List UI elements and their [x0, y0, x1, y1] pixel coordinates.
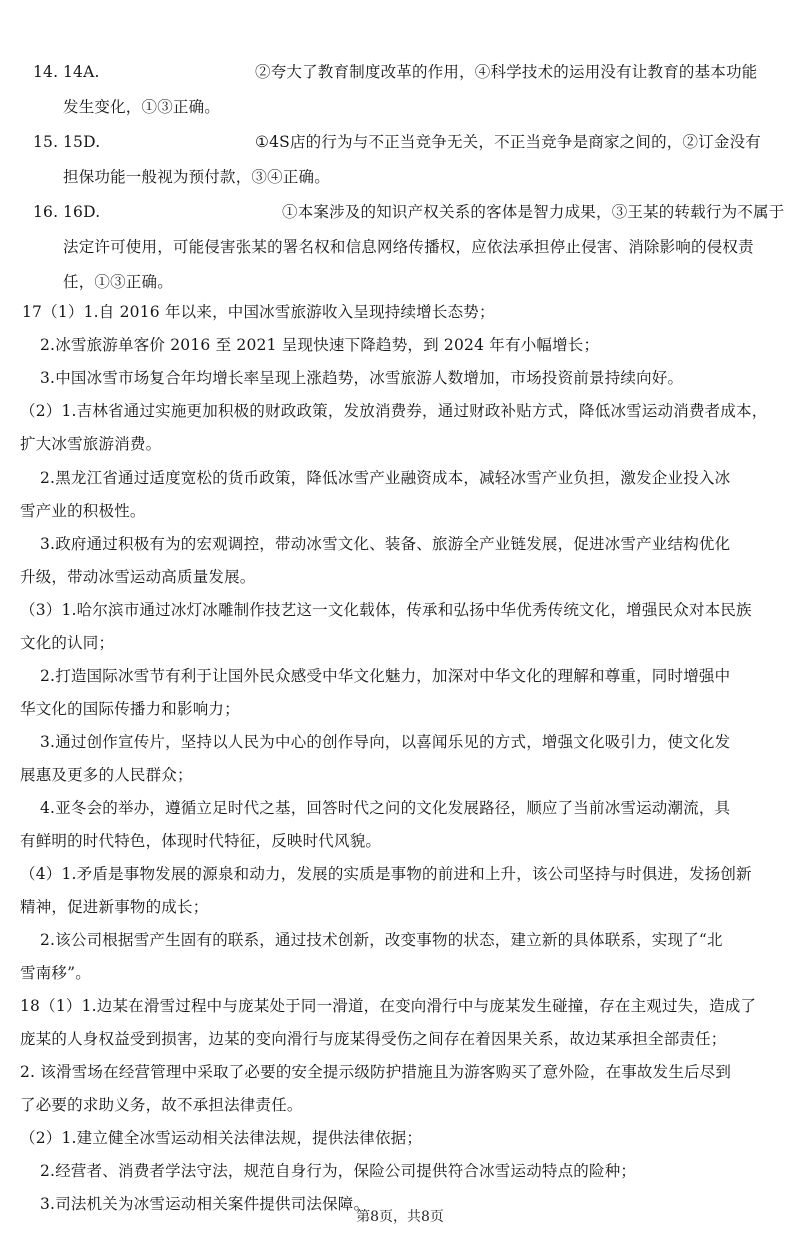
answer-text: 了必要的求助义务，故不承担法律责任。	[20, 1088, 303, 1122]
answer-choice: 16D.	[63, 195, 100, 229]
answer-text: 扩大冰雪旅游消费。	[20, 427, 161, 461]
page-footer: 第8页，共8页	[0, 1206, 800, 1226]
answer-text: （2）1.建立健全冰雪运动相关法律法规，提供法律依据；	[20, 1121, 422, 1155]
answer-text: 2.黑龙江省通过适度宽松的货币政策，降低冰雪产业融资成本，减轻冰雪产业负担，激发…	[40, 461, 730, 495]
q18-part1-point1-cont: 庞某的人身权益受到损害，边某的变向滑行与庞某得受伤之间存在着因果关系，故边某承担…	[0, 1022, 800, 1056]
answer-text: 升级，带动冰雪运动高质量发展。	[20, 560, 256, 594]
q17-part3-point3: 3.通过创作宣传片，坚持以人民为中心的创作导向，以喜闻乐见的方式，增强文化吸引力…	[0, 725, 800, 759]
q17-part4-point2: 2.该公司根据雪产生固有的联系，通过技术创新，改变事物的状态，建立新的具体联系，…	[0, 923, 800, 957]
answer-16-line: 16. 16D. ①本案涉及的知识产权关系的客体是智力成果，③王某的转载行为不属…	[0, 195, 800, 229]
q17-part3-point2: 2.打造国际冰雪节有利于让国外民众感受中华文化魅力，加深对中华文化的理解和尊重，…	[0, 659, 800, 693]
q17-part1-point2: 2.冰雪旅游单客价 2016 至 2021 呈现快速下降趋势，到 2024 年有…	[0, 328, 800, 362]
q17-part3-point3-cont: 展惠及更多的人民群众；	[0, 758, 800, 792]
q17-part1-point3: 3.中国冰雪市场复合年均增长率呈现上涨趋势，冰雪旅游人数增加，市场投资前景持续向…	[0, 361, 800, 395]
answer-text: 4.亚冬会的举办，遵循立足时代之基，回答时代之问的文化发展路径，顺应了当前冰雪运…	[40, 791, 730, 825]
document-page: 14. 14A. ②夸大了教育制度改革的作用，④科学技术的运用没有让教育的基本功…	[0, 0, 800, 1252]
q17-part3-point4: 4.亚冬会的举办，遵循立足时代之基，回答时代之问的文化发展路径，顺应了当前冰雪运…	[0, 791, 800, 825]
q17-part3-point2-cont: 华文化的国际传播力和影响力；	[0, 692, 800, 726]
answer-text: 2. 该滑雪场在经营管理中采取了必要的安全提示级防护措施且为游客购买了意外险，在…	[20, 1055, 731, 1089]
answer-explanation: ①本案涉及的知识产权关系的客体是智力成果，③王某的转载行为不属于	[282, 195, 784, 229]
answer-14-line: 14. 14A. ②夸大了教育制度改革的作用，④科学技术的运用没有让教育的基本功…	[0, 55, 800, 89]
answer-text: 2.打造国际冰雪节有利于让国外民众感受中华文化魅力，加深对中华文化的理解和尊重，…	[40, 659, 730, 693]
explanation-text: 法定许可使用，可能侵害张某的署名权和信息网络传播权，应依法承担停止侵害、消除影响…	[63, 230, 754, 264]
question-number: 16.	[33, 195, 58, 229]
explanation-text: 任，①③正确。	[63, 265, 173, 299]
q18-part2-point2: 2.经营者、消费者学法守法，规范自身行为，保险公司提供符合冰雪运动特点的险种；	[0, 1154, 800, 1188]
answer-16-continuation: 任，①③正确。	[0, 265, 800, 299]
answer-choice: 14A.	[63, 55, 100, 89]
answer-choice: 15D.	[63, 125, 100, 159]
answer-text: 2.该公司根据雪产生固有的联系，通过技术创新，改变事物的状态，建立新的具体联系，…	[40, 923, 723, 957]
q17-part2-point2-cont: 雪产业的积极性。	[0, 494, 800, 528]
answer-text: 雪南移”。	[20, 956, 91, 990]
question-number: 15.	[33, 125, 58, 159]
answer-text: 精神，促进新事物的成长；	[20, 890, 208, 924]
q17-part2-point1: （2）1.吉林省通过实施更加积极的财政政策，发放消费券，通过财政补贴方式，降低冰…	[0, 394, 800, 428]
q17-part2-point3: 3.政府通过积极有为的宏观调控，带动冰雪文化、装备、旅游全产业链发展，促进冰雪产…	[0, 527, 800, 561]
answer-text: （3）1.哈尔滨市通过冰灯冰雕制作技艺这一文化载体，传承和弘扬中华优秀传统文化，…	[20, 593, 752, 627]
q17-part3-point4-cont: 有鲜明的时代特色，体现时代特征，反映时代风貌。	[0, 824, 800, 858]
q17-part4-point1: （4）1.矛盾是事物发展的源泉和动力，发展的实质是事物的前进和上升，该公司坚持与…	[0, 857, 800, 891]
q18-part1-point1: 18（1）1.边某在滑雪过程中与庞某处于同一滑道，在变向滑行中与庞某发生碰撞，存…	[0, 989, 800, 1023]
answer-text: 庞某的人身权益受到损害，边某的变向滑行与庞某得受伤之间存在着因果关系，故边某承担…	[20, 1022, 727, 1056]
answer-text: 雪产业的积极性。	[20, 494, 146, 528]
answer-text: 3.政府通过积极有为的宏观调控，带动冰雪文化、装备、旅游全产业链发展，促进冰雪产…	[40, 527, 730, 561]
answer-text: 17（1）1.自 2016 年以来，中国冰雪旅游收入呈现持续增长态势；	[22, 295, 495, 329]
answer-text: 3.中国冰雪市场复合年均增长率呈现上涨趋势，冰雪旅游人数增加，市场投资前景持续向…	[40, 361, 683, 395]
answer-text: （2）1.吉林省通过实施更加积极的财政政策，发放消费券，通过财政补贴方式，降低冰…	[20, 394, 767, 428]
q18-part1-point2: 2. 该滑雪场在经营管理中采取了必要的安全提示级防护措施且为游客购买了意外险，在…	[0, 1055, 800, 1089]
explanation-text: 发生变化，①③正确。	[63, 90, 220, 124]
answer-14-continuation: 发生变化，①③正确。	[0, 90, 800, 124]
answer-16-continuation: 法定许可使用，可能侵害张某的署名权和信息网络传播权，应依法承担停止侵害、消除影响…	[0, 230, 800, 264]
answer-15-line: 15. 15D. ①4S店的行为与不正当竞争无关，不正当竞争是商家之间的，②订金…	[0, 125, 800, 159]
answer-text: 展惠及更多的人民群众；	[20, 758, 193, 792]
answer-explanation: ①4S店的行为与不正当竞争无关，不正当竞争是商家之间的，②订金没有	[255, 125, 761, 159]
answer-text: （4）1.矛盾是事物发展的源泉和动力，发展的实质是事物的前进和上升，该公司坚持与…	[20, 857, 752, 891]
answer-explanation: ②夸大了教育制度改革的作用，④科学技术的运用没有让教育的基本功能	[255, 55, 757, 89]
answer-text: 3.通过创作宣传片，坚持以人民为中心的创作导向，以喜闻乐见的方式，增强文化吸引力…	[40, 725, 730, 759]
question-number: 14.	[33, 55, 58, 89]
answer-text: 文化的认同；	[20, 626, 114, 660]
q18-part2-point1: （2）1.建立健全冰雪运动相关法律法规，提供法律依据；	[0, 1121, 800, 1155]
answer-text: 18（1）1.边某在滑雪过程中与庞某处于同一滑道，在变向滑行中与庞某发生碰撞，存…	[20, 989, 756, 1023]
answer-15-continuation: 担保功能一般视为预付款，③④正确。	[0, 160, 800, 194]
answer-text: 有鲜明的时代特色，体现时代特征，反映时代风貌。	[20, 824, 381, 858]
q17-part3-point1: （3）1.哈尔滨市通过冰灯冰雕制作技艺这一文化载体，传承和弘扬中华优秀传统文化，…	[0, 593, 800, 627]
answer-text: 华文化的国际传播力和影响力；	[20, 692, 240, 726]
q17-part4-point1-cont: 精神，促进新事物的成长；	[0, 890, 800, 924]
q17-part2-point3-cont: 升级，带动冰雪运动高质量发展。	[0, 560, 800, 594]
q17-part1-point1: 17（1）1.自 2016 年以来，中国冰雪旅游收入呈现持续增长态势；	[0, 295, 800, 329]
explanation-text: 担保功能一般视为预付款，③④正确。	[63, 160, 330, 194]
q17-part2-point1-cont: 扩大冰雪旅游消费。	[0, 427, 800, 461]
q17-part3-point1-cont: 文化的认同；	[0, 626, 800, 660]
answer-text: 2.经营者、消费者学法守法，规范自身行为，保险公司提供符合冰雪运动特点的险种；	[40, 1154, 636, 1188]
q17-part4-point2-cont: 雪南移”。	[0, 956, 800, 990]
q18-part1-point2-cont: 了必要的求助义务，故不承担法律责任。	[0, 1088, 800, 1122]
q17-part2-point2: 2.黑龙江省通过适度宽松的货币政策，降低冰雪产业融资成本，减轻冰雪产业负担，激发…	[0, 461, 800, 495]
answer-text: 2.冰雪旅游单客价 2016 至 2021 呈现快速下降趋势，到 2024 年有…	[40, 328, 599, 362]
